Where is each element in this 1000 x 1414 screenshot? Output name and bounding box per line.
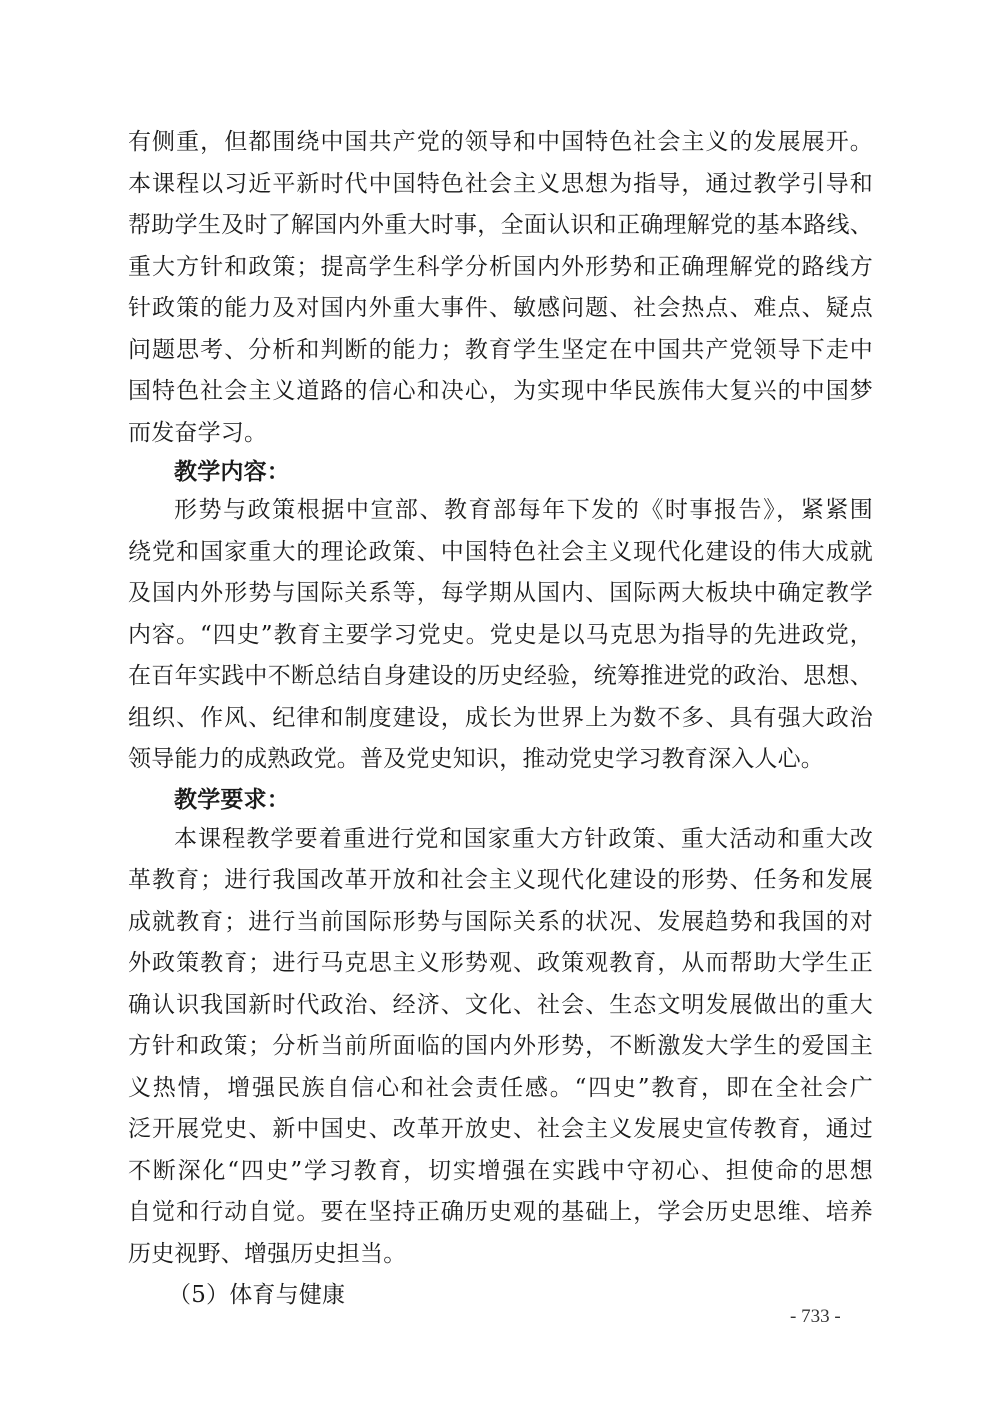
paragraph-line: 针政策的能力及对国内外重大事件、敏感问题、社会热点、难点、疑点	[128, 288, 873, 330]
paragraph-line: 方针和政策；分析当前所面临的国内外形势，不断激发大学生的爱国主	[128, 1026, 873, 1068]
paragraph-line: 有侧重，但都围绕中国共产党的领导和中国特色社会主义的发展展开。	[128, 122, 873, 164]
paragraph-line: 及国内外形势与国际关系等，每学期从国内、国际两大板块中确定教学	[128, 573, 873, 615]
page-number: - 733 -	[790, 1306, 841, 1328]
paragraph-line: 重大方针和政策；提高学生科学分析国内外形势和正确理解党的路线方	[128, 247, 873, 289]
paragraph-line: 本课程以习近平新时代中国特色社会主义思想为指导，通过教学引导和	[128, 164, 873, 206]
section-heading-content: 教学内容：	[128, 454, 873, 490]
paragraph-line: 问题思考、分析和判断的能力；教育学生坚定在中国共产党领导下走中	[128, 330, 873, 372]
paragraph-line: 国特色社会主义道路的信心和决心，为实现中华民族伟大复兴的中国梦	[128, 371, 873, 413]
paragraph-line: 外政策教育；进行马克思主义形势观、政策观教育，从而帮助大学生正	[128, 943, 873, 985]
paragraph-line: 成就教育；进行当前国际形势与国际关系的状况、发展趋势和我国的对	[128, 902, 873, 944]
paragraph-line: 泛开展党史、新中国史、改革开放史、社会主义发展史宣传教育，通过	[128, 1109, 873, 1151]
paragraph-line: 历史视野、增强历史担当。	[128, 1234, 873, 1276]
paragraph-line: 形势与政策根据中宣部、教育部每年下发的《时事报告》，紧紧围	[128, 490, 873, 532]
paragraph-line: 本课程教学要着重进行党和国家重大方针政策、重大活动和重大改	[128, 819, 873, 861]
paragraph-line: 确认识我国新时代政治、经济、文化、社会、生态文明发展做出的重大	[128, 985, 873, 1027]
paragraph-line: 而发奋学习。	[128, 413, 873, 455]
section-heading-requirements: 教学要求：	[128, 781, 873, 819]
paragraph-line: 内容。“四史”教育主要学习党史。党史是以马克思为指导的先进政党，	[128, 615, 873, 657]
paragraph-line: 组织、作风、纪律和制度建设，成长为世界上为数不多、具有强大政治	[128, 698, 873, 740]
subsection-title: （5）体育与健康	[128, 1275, 873, 1317]
paragraph-line: 革教育；进行我国改革开放和社会主义现代化建设的形势、任务和发展	[128, 860, 873, 902]
paragraph-line: 不断深化“四史”学习教育，切实增强在实践中守初心、担使命的思想	[128, 1151, 873, 1193]
paragraph-line: 领导能力的成熟政党。普及党史知识，推动党史学习教育深入人心。	[128, 739, 873, 781]
paragraph-line: 义热情，增强民族自信心和社会责任感。“四史”教育，即在全社会广	[128, 1068, 873, 1110]
paragraph-line: 自觉和行动自觉。要在坚持正确历史观的基础上，学会历史思维、培养	[128, 1192, 873, 1234]
paragraph-line: 绕党和国家重大的理论政策、中国特色社会主义现代化建设的伟大成就	[128, 532, 873, 574]
paragraph-line: 帮助学生及时了解国内外重大时事，全面认识和正确理解党的基本路线、	[128, 205, 873, 247]
document-page: 有侧重，但都围绕中国共产党的领导和中国特色社会主义的发展展开。 本课程以习近平新…	[128, 122, 873, 1317]
paragraph-line: 在百年实践中不断总结自身建设的历史经验，统筹推进党的政治、思想、	[128, 656, 873, 698]
